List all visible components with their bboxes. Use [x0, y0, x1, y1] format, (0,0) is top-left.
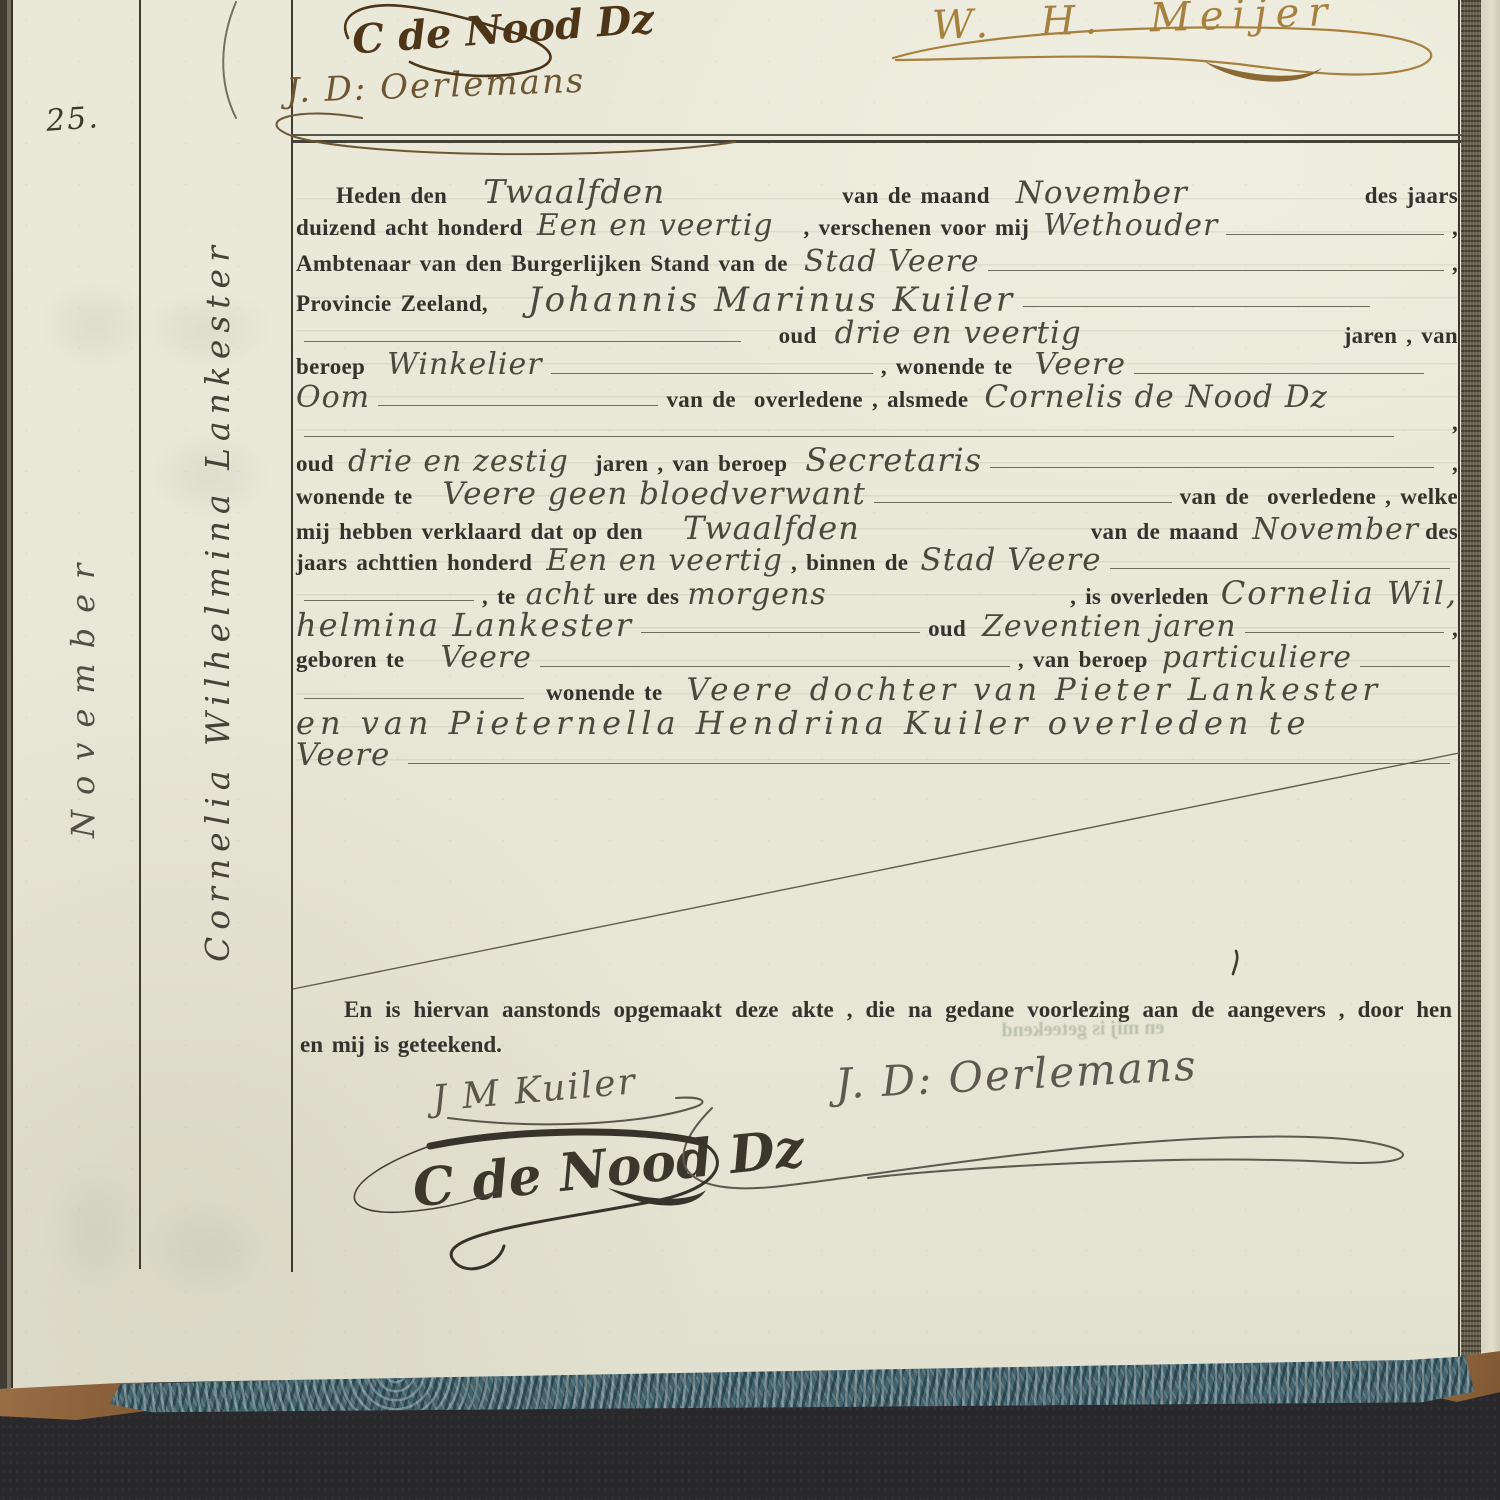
printed-text: des jaars [1365, 183, 1458, 209]
act-line: beroepWinkelier, wonende teVeere [296, 347, 1458, 381]
ink-rule [988, 270, 1444, 271]
printed-text: Ambtenaar van den Burgerlijken Stand van… [296, 251, 788, 277]
bleedthrough-smudge [44, 1160, 144, 1300]
printed-text: , binnen de [791, 550, 908, 576]
act-separator-rule-thin [291, 134, 1461, 136]
ink-rule [1134, 373, 1424, 374]
printed-text: beroep [296, 354, 365, 380]
printed-text: , [1452, 410, 1458, 436]
handwritten-entry: Veere [440, 640, 532, 675]
printed-text: jaren , van beroep [595, 451, 787, 477]
act-number: 25. [45, 100, 101, 139]
adjacent-page-edge [1481, 0, 1500, 1352]
act-line: , [296, 410, 1458, 444]
margin-rule-1 [139, 0, 141, 1269]
ink-rule [1245, 632, 1444, 633]
printed-text: wonende te [546, 680, 663, 706]
ink-rule [641, 632, 920, 633]
act-line: helmina LankesteroudZeventien jaren, [296, 606, 1458, 640]
ink-rule [1360, 666, 1450, 667]
bleedthrough-smudge [40, 280, 150, 370]
printed-text: , van beroep [1018, 647, 1148, 673]
handwritten-entry: Wethouder [1043, 208, 1218, 243]
ink-rule [408, 763, 1450, 764]
printed-text: oud [928, 616, 966, 642]
handwritten-entry: helmina Lankester [296, 606, 633, 644]
handwritten-entry: Twaalfden [483, 172, 665, 211]
act-line: Oomvan de overledene , alsmedeCornelis d… [296, 379, 1458, 413]
margin-deceased-name-vertical: Cornelia Wilhelmina Lankester [198, 239, 237, 962]
handwritten-entry: November [1016, 175, 1188, 211]
printed-text: Heden den [336, 183, 447, 209]
handwritten-entry: drie en veertig [835, 315, 1082, 351]
ink-rule [304, 341, 741, 342]
closing-paragraph-line1: En is hiervan aanstonds opgemaakt deze a… [300, 997, 1452, 1023]
handwritten-entry: Winkelier [387, 347, 542, 382]
act-separator-rule-thick [291, 140, 1461, 143]
act-line: , teachture desmorgens, is overledenCorn… [296, 574, 1458, 608]
ink-rule [378, 405, 658, 406]
left-edge-rule [11, 0, 13, 1388]
ink-rule [874, 502, 1172, 503]
margin-rule-2 [291, 0, 293, 1272]
document-scan: en mij is geteekend 25. November Corneli… [0, 0, 1500, 1500]
printed-text: geboren te [296, 647, 404, 673]
handwritten-entry: Stad Veere [920, 542, 1101, 578]
act-line: mij hebben verklaard dat op denTwaalfden… [296, 509, 1458, 543]
act-line: Veere [296, 737, 1458, 771]
act-line: Provincie Zeeland,Johannis Marinus Kuile… [296, 280, 1458, 314]
printed-text: , verschenen voor mij [804, 215, 1030, 241]
act-line: geboren teVeere, van beroepparticuliere [296, 640, 1458, 674]
act-line: jaars achttien honderdEen en veertig, bi… [296, 542, 1458, 576]
paper-sheet: en mij is geteekend 25. November Corneli… [0, 0, 1500, 1395]
act-line: duizend acht honderdEen en veertig, vers… [296, 208, 1458, 242]
printed-text: van de maand [842, 183, 990, 209]
bleedthrough-smudge [142, 1200, 272, 1300]
printed-text: van de overledene , welke [1180, 484, 1458, 510]
binding-edge-dark [0, 0, 7, 1390]
handwritten-entry: Een en veertig [537, 208, 774, 243]
ink-rule [551, 373, 873, 374]
handwritten-entry: Veere [1034, 347, 1126, 382]
handwritten-entry: drie en zestig [348, 444, 569, 479]
printed-text: , [1452, 251, 1458, 277]
closing-paragraph-line2: en mij is geteekend. [300, 1032, 502, 1058]
handwritten-entry: Stad Veere [804, 244, 980, 279]
handwritten-entry: Een en veertig [546, 543, 783, 578]
printed-text: , [1452, 215, 1458, 241]
handwritten-entry: Veere [296, 737, 390, 773]
act-line: Ambtenaar van den Burgerlijken Stand van… [296, 244, 1458, 278]
act-line: wonende teVeere geen bloedverwantvan de … [296, 476, 1458, 510]
printed-text: jaars achttien honderd [296, 550, 532, 576]
handwritten-entry: particuliere [1162, 640, 1352, 675]
handwritten-entry: Veere dochter van Pieter Lankester [687, 672, 1382, 708]
act-line: Heden denTwaalfdenvan de maandNovemberde… [296, 172, 1458, 206]
right-binding-strip [1461, 0, 1481, 1358]
ink-rule [1110, 568, 1450, 569]
printed-text: jaren , van [1344, 323, 1458, 349]
handwritten-entry: Johannis Marinus Kuiler [528, 280, 1015, 320]
act-line: ouddrie en zestigjaren , van beroepSecre… [296, 441, 1458, 475]
ink-rule [1023, 306, 1370, 307]
printed-text: , [1452, 616, 1458, 642]
printed-text: Provincie Zeeland, [296, 291, 488, 317]
act-line: ouddrie en veertigjaren , van [296, 315, 1458, 349]
printed-text: , [1452, 451, 1458, 477]
ink-rule [1226, 234, 1444, 235]
handwritten-entry: Veere geen bloedverwant [443, 476, 866, 512]
handwritten-entry: Secretaris [805, 441, 982, 479]
printed-text: duizend acht honderd [296, 215, 523, 241]
printed-text: oud [779, 323, 817, 349]
ink-rule [304, 698, 524, 699]
ink-rule [304, 600, 474, 601]
printed-text: oud [296, 451, 334, 477]
act-line: en van Pieternella Hendrina Kuiler overl… [296, 704, 1458, 738]
ink-rule [304, 436, 1394, 437]
printed-text: , wonende te [881, 354, 1013, 380]
ink-rule [540, 666, 1010, 667]
printed-text: wonende te [296, 484, 413, 510]
handwritten-entry: Zeventien jaren [982, 609, 1237, 644]
ink-rule [990, 467, 1434, 468]
act-line: wonende teVeere dochter van Pieter Lanke… [296, 672, 1458, 706]
margin-month-vertical: November [64, 549, 102, 838]
